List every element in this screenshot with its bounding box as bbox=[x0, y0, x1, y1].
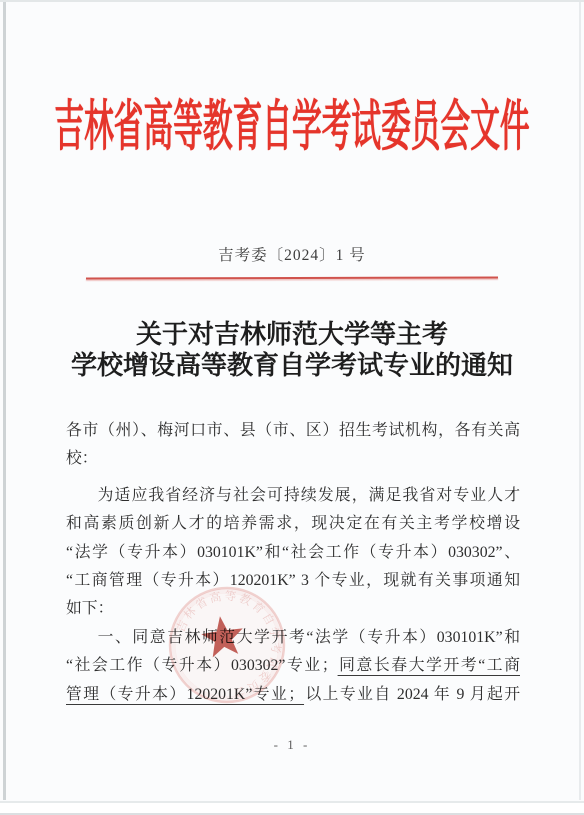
page-bottom-boundary bbox=[0, 801, 584, 803]
body-text-segment: “工商管理（专升本）120201K” 3 个专业，现就有关事项通知 bbox=[66, 572, 520, 589]
body-text-segment: 为适应我省经济与社会可持续发展，满足我省对专业人才 bbox=[98, 487, 520, 504]
body-text-segment-underlined: 同意长春大学开考“工商 bbox=[338, 657, 520, 674]
body-line: “社会工作（专升本）030302”专业；同意长春大学开考“工商 bbox=[66, 652, 520, 680]
red-divider-line bbox=[86, 276, 498, 279]
body-text-segment: 如下： bbox=[66, 600, 113, 617]
body-line-salutation: 各市（州）、梅河口市、县（市、区）招生考试机构，各有关高 bbox=[66, 417, 520, 445]
body-line: 和高素质创新人才的培养需求，现决定在有关主考学校增设 bbox=[66, 510, 520, 538]
body-line: “法学（专升本）030101K”和“社会工作（专升本）030302”、 bbox=[66, 539, 520, 567]
body-text-segment: 和高素质创新人才的培养需求，现决定在有关主考学校增设 bbox=[66, 515, 520, 532]
body-line: 管理（专升本）120201K”专业；以上专业自 2024 年 9 月起开 bbox=[66, 681, 520, 709]
body-line-item-one: 一、同意吉林师范大学开考“法学（专升本）030101K”和 bbox=[66, 624, 520, 652]
scan-edge-top bbox=[0, 0, 584, 2]
document-body: 各市（州）、梅河口市、县（市、区）招生考试机构，各有关高 校： 为适应我省经济与… bbox=[66, 417, 520, 709]
body-line-salutation-end: 校： bbox=[66, 445, 520, 473]
body-text-segment: “法学（专升本）030101K”和“社会工作（专升本）030302”、 bbox=[66, 544, 520, 561]
body-text-segment: 一、同意吉林师范大学开考“法学（专升本）030101K”和 bbox=[98, 629, 520, 646]
body-text-segment-underlined: 管理（专升本）120201K”专业； bbox=[66, 686, 304, 703]
document-number: 吉考委〔2024〕1 号 bbox=[0, 247, 584, 265]
body-line: “工商管理（专升本）120201K” 3 个专业，现就有关事项通知 bbox=[66, 567, 520, 595]
body-text-segment: “社会工作（专升本）030302”专业； bbox=[66, 657, 338, 674]
letterhead-title: 吉林省高等教育自学考试委员会文件 bbox=[54, 98, 529, 156]
body-line: 为适应我省经济与社会可持续发展，满足我省对专业人才 bbox=[66, 482, 520, 510]
document-title-line1: 关于对吉林师范大学等主考 bbox=[64, 319, 520, 350]
body-text-segment: 各市（州）、梅河口市、县（市、区）招生考试机构，各有关高 bbox=[66, 422, 520, 439]
document-title-line2: 学校增设高等教育自学考试专业的通知 bbox=[64, 350, 520, 381]
scanned-document-page: 吉林省高等教育自学考试委员会文件 吉考委〔2024〕1 号 关于对吉林师范大学等… bbox=[0, 0, 584, 815]
document-title: 关于对吉林师范大学等主考 学校增设高等教育自学考试专业的通知 bbox=[64, 319, 520, 381]
letterhead: 吉林省高等教育自学考试委员会文件 bbox=[0, 98, 584, 156]
scan-margin-bottom bbox=[0, 803, 584, 813]
body-line-paragraph-end: 如下： bbox=[66, 595, 520, 623]
body-text-segment: 以上专业自 2024 年 9 月起开 bbox=[304, 686, 520, 703]
page-number: - 1 - bbox=[0, 737, 584, 753]
body-text-segment: 校： bbox=[66, 450, 98, 467]
